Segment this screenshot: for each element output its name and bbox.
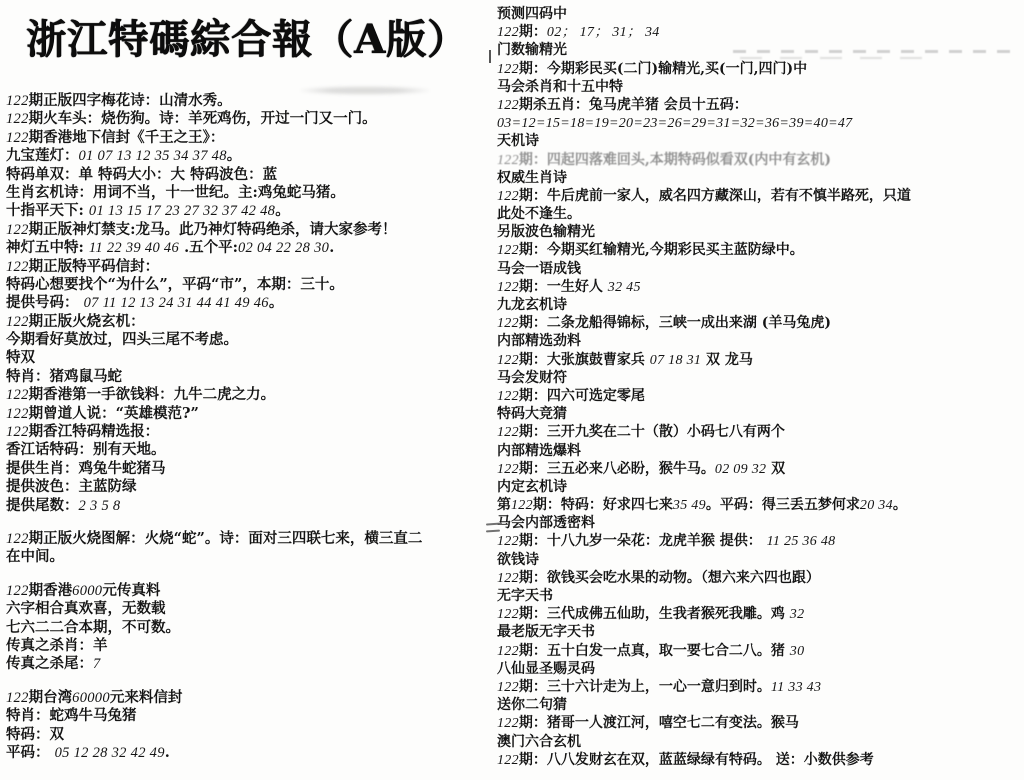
text-line: 122期：今期彩民买(二门)输精光,买(一门,四门)中 [497, 60, 1021, 78]
text-line: 特肖：蛇鸡牛马兔猪 [6, 707, 494, 725]
text-line: 122期：八八发财玄在双，蓝蓝绿绿有特码。 送：小数供参考 [497, 751, 1021, 769]
page-title: 浙江特碼綜合報（A版） [26, 8, 468, 65]
text-line: 122期香港地下信封《千王之王》： [6, 129, 494, 147]
text-line: 122期：二条龙船得锦标，三峡一成出来湖 (羊马兔虎) [497, 314, 1021, 332]
text-line: 六字相合真欢喜，无数载 [6, 600, 494, 618]
text-line: 122期：十八九岁一朵花：龙虎羊猴 提供： 11 25 36 48 [497, 532, 1021, 550]
text-line: 九龙玄机诗 [497, 296, 1021, 314]
text-line: 传真之杀肖：羊 [6, 637, 494, 655]
text-line: 今期看好莫放过，四头三尾不考虑。 [6, 331, 494, 349]
text-line: 03=12=15=18=19=20=23=26=29=31=32=36=39=4… [497, 114, 1021, 132]
text-line: 澳门六合玄机 [497, 733, 1021, 751]
text-line: 内部精选劲料 [497, 332, 1021, 350]
text-line: 内部精选爆料 [497, 442, 1021, 460]
text-line: 122期曾道人说：“英雄模范?” [6, 405, 494, 423]
text-line: 122期杀五肖：兔马虎羊猪 会员十五码： [497, 96, 1021, 114]
text-line: 权威生肖诗 [497, 169, 1021, 187]
text-line: 香江话特码：别有天地。 [6, 441, 494, 459]
newspaper-page: 浙江特碼綜合報（A版） 122期正版四字梅花诗：山清水秀。122期火车头：烧伤狗… [0, 0, 1024, 780]
text-line: 122期：三五必来八必盼，猴牛马。02 09 32 双 [497, 460, 1021, 478]
text-line: 特码：双 [6, 726, 494, 744]
text-line: 122期香港6000元传真料 [6, 582, 494, 600]
text-line: 内定玄机诗 [497, 478, 1021, 496]
text-line: 送你二句猜 [497, 696, 1021, 714]
text-line: 122期：四六可选定零尾 [497, 387, 1021, 405]
text-line: 神灯五中特: 11 22 39 40 46 .五个平:02 04 22 28 3… [6, 239, 494, 257]
text-line: 马会内部透密料 [497, 514, 1021, 532]
text-line: 122期：今期买红输精光,今期彩民买主蓝防绿中。 [497, 241, 1021, 259]
text-line: 另版波色输精光 [497, 223, 1021, 241]
text-line: 无字天书 [497, 587, 1021, 605]
text-line: 九宝莲灯：01 07 13 12 35 34 37 48。 [6, 147, 494, 165]
text-line: 七六二二合本期，不可数。 [6, 619, 494, 637]
left-column: 122期正版四字梅花诗：山清水秀。122期火车头：烧伤狗。诗：羊死鸡伤，开过一门… [6, 92, 494, 762]
text-line: 平码： 05 12 28 32 42 49. [6, 744, 494, 762]
right-column: 预测四码中122期：02； 17； 31； 34门数输精光122期：今期彩民买(… [497, 5, 1021, 769]
text-line: 欲钱诗 [497, 551, 1021, 569]
text-line: 122期正版神灯禁支:龙马。此乃神灯特码绝杀，请大家参考！ [6, 221, 494, 239]
text-line: 122期：02； 17； 31； 34 [497, 23, 1021, 41]
text-line: 122期：四起四落难回头,本期特码似看双(内中有玄机) [497, 151, 1021, 169]
text-line: 122期香江特码精选报： [6, 423, 494, 441]
text-line: 122期正版火烧图解：火烧“蛇”。诗：面对三四联七来，横三直二 [6, 530, 494, 548]
text-line: 122期：三代成佛五仙助，生我者猴死我雕。鸡 32 [497, 605, 1021, 623]
text-line: 122期正版火烧玄机： [6, 313, 494, 331]
text-line: 122期：五十白发一点真，取一要七合二八。猪 30 [497, 642, 1021, 660]
text-line: 122期火车头：烧伤狗。诗：羊死鸡伤，开过一门又一门。 [6, 110, 494, 128]
text-line: 特码心想要找个“为什么”，平码“市”，本期：三十。 [6, 276, 494, 294]
text-line: 122期：大张旗鼓曹家兵 07 18 31 双 龙马 [497, 351, 1021, 369]
text-line: 特码大竞猜 [497, 405, 1021, 423]
text-line: 122期台湾60000元来料信封 [6, 689, 494, 707]
text-line: 122期香港第一手欲钱料：九牛二虎之力。 [6, 386, 494, 404]
text-line: 122期正版特平码信封： [6, 258, 494, 276]
text-line: 最老版无字天书 [497, 623, 1021, 641]
text-line: 在中间。 [6, 548, 494, 566]
text-line: 122期：三十六计走为上，一心一意归到时。11 33 43 [497, 678, 1021, 696]
text-line: 特肖：猪鸡鼠马蛇 [6, 368, 494, 386]
text-line: 122期：欲钱买会吃水果的动物。（想六来六四也跟） [497, 569, 1021, 587]
text-line: 特双 [6, 349, 494, 367]
text-line: 门数输精光 [497, 41, 1021, 59]
text-line: 提供号码： 07 11 12 13 24 31 44 41 49 46。 [6, 294, 494, 312]
text-line: 八仙显圣赐灵码 [497, 660, 1021, 678]
text-line: 提供尾数：2 3 5 8 [6, 497, 494, 515]
text-line: 天机诗 [497, 132, 1021, 150]
text-line: 十指平天下: 01 13 15 17 23 27 32 37 42 48。 [6, 202, 494, 220]
text-line: 马会发财符 [497, 369, 1021, 387]
text-line: 马会杀肖和十五中特 [497, 78, 1021, 96]
text-line: 生肖玄机诗：用词不当，十一世纪。主:鸡兔蛇马猪。 [6, 184, 494, 202]
text-line: 122期正版四字梅花诗：山清水秀。 [6, 92, 494, 110]
text-line: 122期：猪哥一人渡江河，嘻空七二有变法。猴马 [497, 714, 1021, 732]
text-line: 122期：一生好人 32 45 [497, 278, 1021, 296]
text-line: 预测四码中 [497, 5, 1021, 23]
text-line: 特码单双：单 特码大小：大 特码波色：蓝 [6, 166, 494, 184]
text-line: 122期：三开九奖在二十（散）小码七八有两个 [497, 423, 1021, 441]
scan-artifact-tick [489, 50, 491, 63]
text-line: 马会一语成钱 [497, 260, 1021, 278]
text-line: 122期：牛后虎前一家人，威名四方藏深山，若有不慎半路死，只道 [497, 187, 1021, 205]
text-line: 提供生肖：鸡兔牛蛇猪马 [6, 460, 494, 478]
text-line: 第122期：特码：好求四七来35 49。平码：得三丢五梦何求20 34。 [497, 496, 1021, 514]
text-line: 提供波色：主蓝防绿 [6, 478, 494, 496]
text-line: 传真之杀尾：7 [6, 655, 494, 673]
text-line: 此处不逢生。 [497, 205, 1021, 223]
